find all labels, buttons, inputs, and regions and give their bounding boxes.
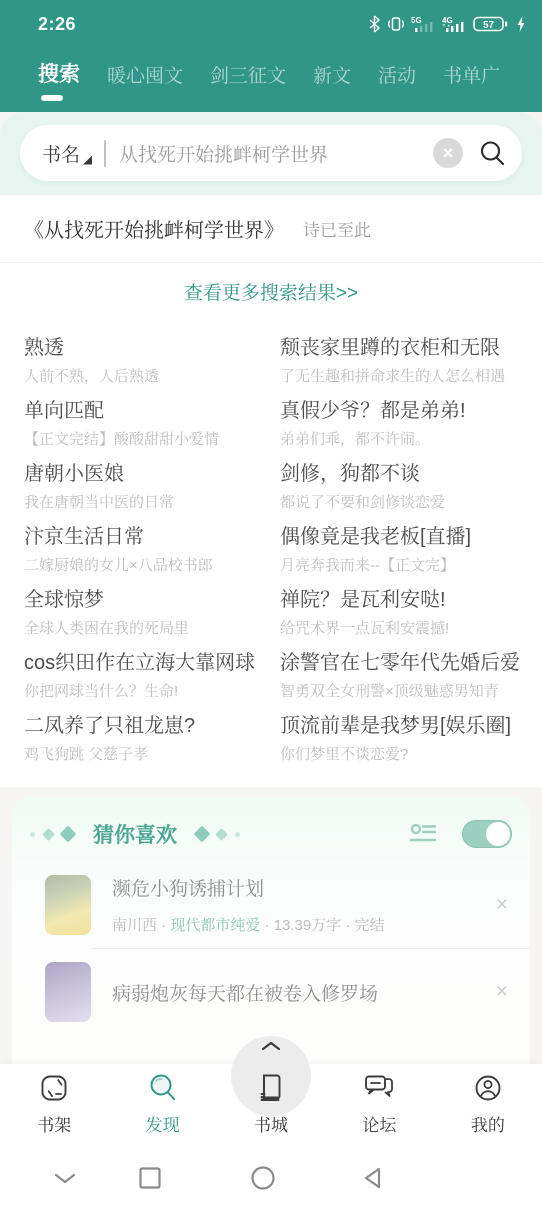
top-search-result[interactable]: 《从找死开始挑衅柯学世界》 诗已至此 [0, 195, 542, 263]
suggestion-title: cos织田作在立海大靠网球 [24, 651, 266, 676]
suggestion-subtitle: 你们梦里不谈恋爱? [280, 746, 542, 764]
suggestion-subtitle: 全球人类困在我的死局里 [24, 620, 266, 638]
nav-label: 发现 [146, 1111, 180, 1136]
nav-item-bookstore[interactable]: 书城 [217, 1064, 325, 1150]
search-submit-button[interactable] [478, 139, 506, 167]
book-suggestion[interactable]: 熟透 人前不熟，人后熟透 [24, 336, 266, 386]
suggestion-subtitle: 二嫁厨娘的女儿×八品校书郎 [24, 557, 266, 575]
grid-row: 熟透 人前不熟，人后熟透 颓丧家里蹲的衣柜和无限 了无生趣和拼命求生的人怎么相遇 [24, 336, 542, 386]
more-results-link[interactable]: 查看更多搜索结果>> [184, 283, 358, 304]
book-suggestion[interactable]: 顶流前辈是我梦男[娱乐圈] 你们梦里不谈恋爱? [280, 714, 542, 764]
forum-chat-icon [363, 1072, 395, 1104]
suggestion-subtitle: 弟弟们乖，都不许闹。 [280, 431, 542, 449]
bluetooth-icon [368, 15, 381, 33]
svg-text:4G: 4G [442, 16, 453, 25]
diamond-decoration [42, 828, 55, 841]
diamond-decoration [60, 826, 77, 843]
suggestion-subtitle: 智勇双全女刑警×顶级魅惑男知青 [280, 683, 542, 701]
search-category-selector[interactable]: 书名 [42, 140, 80, 167]
book-title: 濒危小狗诱捕计划 [112, 874, 480, 901]
recents-square-button[interactable] [138, 1166, 162, 1190]
book-stats: · 13.39万字 · 完结 [260, 917, 384, 934]
suggestion-subtitle: 我在唐朝当中医的日常 [24, 494, 266, 512]
suggestion-grid: 熟透 人前不熟，人后熟透 颓丧家里蹲的衣柜和无限 了无生趣和拼命求生的人怎么相遇… [0, 322, 542, 787]
dismiss-book-button[interactable]: × [490, 893, 514, 917]
battery-percent-text: 57 [483, 20, 495, 31]
nav-label: 书架 [37, 1111, 71, 1136]
suggestion-title: 偶像竟是我老板[直播] [280, 525, 542, 550]
nav-label: 我的 [471, 1111, 505, 1136]
suggestion-title: 二凤养了只祖龙崽? [24, 714, 266, 739]
diamond-decoration [215, 828, 228, 841]
book-title: 病弱炮灰每天都在被卷入修罗场 [112, 979, 480, 1006]
dismiss-book-button[interactable]: × [490, 980, 514, 1004]
tab-activity[interactable]: 活动 [378, 61, 416, 88]
suggestion-subtitle: 月亮奔我而来--【正文完】 [280, 557, 542, 575]
book-suggestion[interactable]: 汴京生活日常 二嫁厨娘的女儿×八品校书郎 [24, 525, 266, 575]
grid-row: 汴京生活日常 二嫁厨娘的女儿×八品校书郎 偶像竟是我老板[直播] 月亮奔我而来-… [24, 525, 542, 575]
suggestion-title: 真假少爷？都是弟弟! [280, 399, 542, 424]
book-suggestion[interactable]: 真假少爷？都是弟弟! 弟弟们乖，都不许闹。 [280, 399, 542, 449]
header-tab-bar: 搜索 暖心囤文 剑三征文 新文 活动 书单广 [0, 48, 542, 112]
nav-item-profile[interactable]: 我的 [434, 1064, 542, 1150]
grid-row: 二凤养了只祖龙崽? 鸡飞狗跳 父慈子孝 顶流前辈是我梦男[娱乐圈] 你们梦里不谈… [24, 714, 542, 764]
book-suggestion[interactable]: 涂警官在七零年代先婚后爱 智勇双全女刑警×顶级魅惑男知青 [280, 651, 542, 701]
battery-icon: 57 [473, 15, 511, 33]
bottom-navigation-bar: 书架 发现 书城 论坛 我的 [0, 1064, 542, 1150]
charging-bolt-icon [516, 15, 526, 33]
suggestion-subtitle: 你把网球当什么？生命! [24, 683, 266, 701]
tab-new-works[interactable]: 新文 [313, 61, 351, 88]
book-info: 濒危小狗诱捕计划 南川西 · 现代都市纯爱 · 13.39万字 · 完结 [112, 874, 480, 935]
profile-person-icon [473, 1072, 503, 1104]
book-suggestion[interactable]: 禅院？是瓦利安哒! 给咒术界一点瓦利安震撼! [280, 588, 542, 638]
suggestion-title: 涂警官在七零年代先婚后爱 [280, 651, 542, 676]
chevron-up-icon[interactable] [260, 1040, 282, 1052]
suggestion-title: 汴京生活日常 [24, 525, 266, 550]
suggestion-subtitle: 【正文完结】酸酸甜甜小爱情 [24, 431, 266, 449]
discover-search-icon [147, 1072, 179, 1104]
grid-row: 全球惊梦 全球人类困在我的死局里 禅院？是瓦利安哒! 给咒术界一点瓦利安震撼! [24, 588, 542, 638]
bookstore-icon [256, 1072, 286, 1104]
status-time: 2:26 [38, 14, 76, 35]
nav-item-discover[interactable]: 发现 [108, 1064, 216, 1150]
diamond-decoration [235, 832, 240, 837]
recommended-book-item[interactable]: 病弱炮灰每天都在被卷入修罗场 × [12, 949, 530, 1035]
result-book-title: 《从找死开始挑衅柯学世界》 [24, 214, 284, 243]
nav-item-bookshelf[interactable]: 书架 [0, 1064, 108, 1150]
suggestion-title: 唐朝小医娘 [24, 462, 266, 487]
android-navigation-bar [0, 1150, 542, 1206]
book-suggestion[interactable]: 颓丧家里蹲的衣柜和无限 了无生趣和拼命求生的人怎么相遇 [280, 336, 542, 386]
search-query-text[interactable]: 从找死开始挑衅柯学世界 [119, 140, 433, 167]
suggestion-subtitle: 鸡飞狗跳 父慈子孝 [24, 746, 266, 764]
tab-warm-stash[interactable]: 暖心囤文 [107, 61, 183, 88]
status-icons: 5G 4G 57 [368, 15, 526, 33]
search-panel: 书名 从找死开始挑衅柯学世界 × [0, 112, 542, 195]
grid-row: 单向匹配 【正文完结】酸酸甜甜小爱情 真假少爷？都是弟弟! 弟弟们乖，都不许闹。 [24, 399, 542, 449]
book-suggestion[interactable]: 单向匹配 【正文完结】酸酸甜甜小爱情 [24, 399, 266, 449]
guess-section-title: 猜你喜欢 [93, 819, 177, 849]
tab-booklist[interactable]: 书单广 [443, 61, 500, 88]
nav-label: 论坛 [362, 1111, 396, 1136]
suggestion-subtitle: 人前不熟，人后熟透 [24, 368, 266, 386]
book-meta: 南川西 · 现代都市纯爱 · 13.39万字 · 完结 [112, 914, 480, 935]
suggestion-title: 顶流前辈是我梦男[娱乐圈] [280, 714, 542, 739]
guess-section-header: 猜你喜欢 [12, 813, 530, 861]
book-info: 病弱炮灰每天都在被卷入修罗场 [112, 979, 480, 1006]
suggestion-title: 全球惊梦 [24, 588, 266, 613]
diamond-decoration [194, 826, 211, 843]
signal-4g-icon: 4G [442, 15, 468, 33]
signal-5g-icon: 5G [411, 15, 437, 33]
book-cover-thumbnail [45, 962, 91, 1022]
hide-nav-chevron-button[interactable] [52, 1171, 78, 1185]
book-tag[interactable]: 现代都市纯爱 [170, 917, 260, 934]
suggestion-title: 剑修，狗都不谈 [280, 462, 542, 487]
suggestion-title: 单向匹配 [24, 399, 266, 424]
suggestion-title: 熟透 [24, 336, 266, 361]
nav-item-forum[interactable]: 论坛 [325, 1064, 433, 1150]
book-suggestion[interactable]: 剑修，狗都不谈 都说了不要和剑修谈恋爱 [280, 462, 542, 512]
book-suggestion[interactable]: 偶像竟是我老板[直播] 月亮奔我而来--【正文完】 [280, 525, 542, 575]
search-divider [104, 140, 106, 167]
home-circle-button[interactable] [250, 1165, 276, 1191]
more-results-row: 查看更多搜索结果>> [0, 263, 542, 322]
book-author: 南川西 · [112, 917, 170, 934]
suggestion-title: 颓丧家里蹲的衣柜和无限 [280, 336, 542, 361]
recommendation-toggle[interactable] [462, 820, 512, 848]
book-suggestion[interactable]: 全球惊梦 全球人类困在我的死局里 [24, 588, 266, 638]
nav-label: 书城 [254, 1111, 288, 1136]
grid-row: 唐朝小医娘 我在唐朝当中医的日常 剑修，狗都不谈 都说了不要和剑修谈恋爱 [24, 462, 542, 512]
suggestion-title: 禅院？是瓦利安哒! [280, 588, 542, 613]
search-input[interactable]: 书名 从找死开始挑衅柯学世界 × [20, 125, 522, 181]
book-suggestion[interactable]: cos织田作在立海大靠网球 你把网球当什么？生命! [24, 651, 266, 701]
back-triangle-button[interactable] [361, 1166, 385, 1190]
book-suggestion[interactable]: 唐朝小医娘 我在唐朝当中医的日常 [24, 462, 266, 512]
suggestion-subtitle: 都说了不要和剑修谈恋爱 [280, 494, 542, 512]
vibrate-icon [386, 15, 406, 33]
status-bar: 2:26 5G 4G 57 [0, 0, 542, 48]
category-caret-icon [83, 156, 92, 165]
tab-search[interactable]: 搜索 [38, 58, 80, 88]
app-header: 2:26 5G 4G 57 搜索 暖心囤文 剑三征文 新文 [0, 0, 542, 112]
result-book-author: 诗已至此 [303, 216, 371, 241]
diamond-decoration [30, 832, 35, 837]
grid-row: cos织田作在立海大靠网球 你把网球当什么？生命! 涂警官在七零年代先婚后爱 智… [24, 651, 542, 701]
bookshelf-icon [39, 1072, 69, 1104]
svg-text:5G: 5G [411, 16, 422, 25]
suggestion-subtitle: 给咒术界一点瓦利安震撼! [280, 620, 542, 638]
book-suggestion[interactable]: 二凤养了只祖龙崽? 鸡飞狗跳 父慈子孝 [24, 714, 266, 764]
toggle-knob [486, 822, 510, 846]
clear-search-button[interactable]: × [433, 138, 463, 168]
suggestion-subtitle: 了无生趣和拼命求生的人怎么相遇 [280, 368, 542, 386]
book-cover-thumbnail [45, 875, 91, 935]
preference-filter-icon[interactable] [409, 823, 437, 845]
tab-jiansan-contest[interactable]: 剑三征文 [210, 61, 286, 88]
recommended-book-item[interactable]: 濒危小狗诱捕计划 南川西 · 现代都市纯爱 · 13.39万字 · 完结 × [12, 861, 530, 948]
